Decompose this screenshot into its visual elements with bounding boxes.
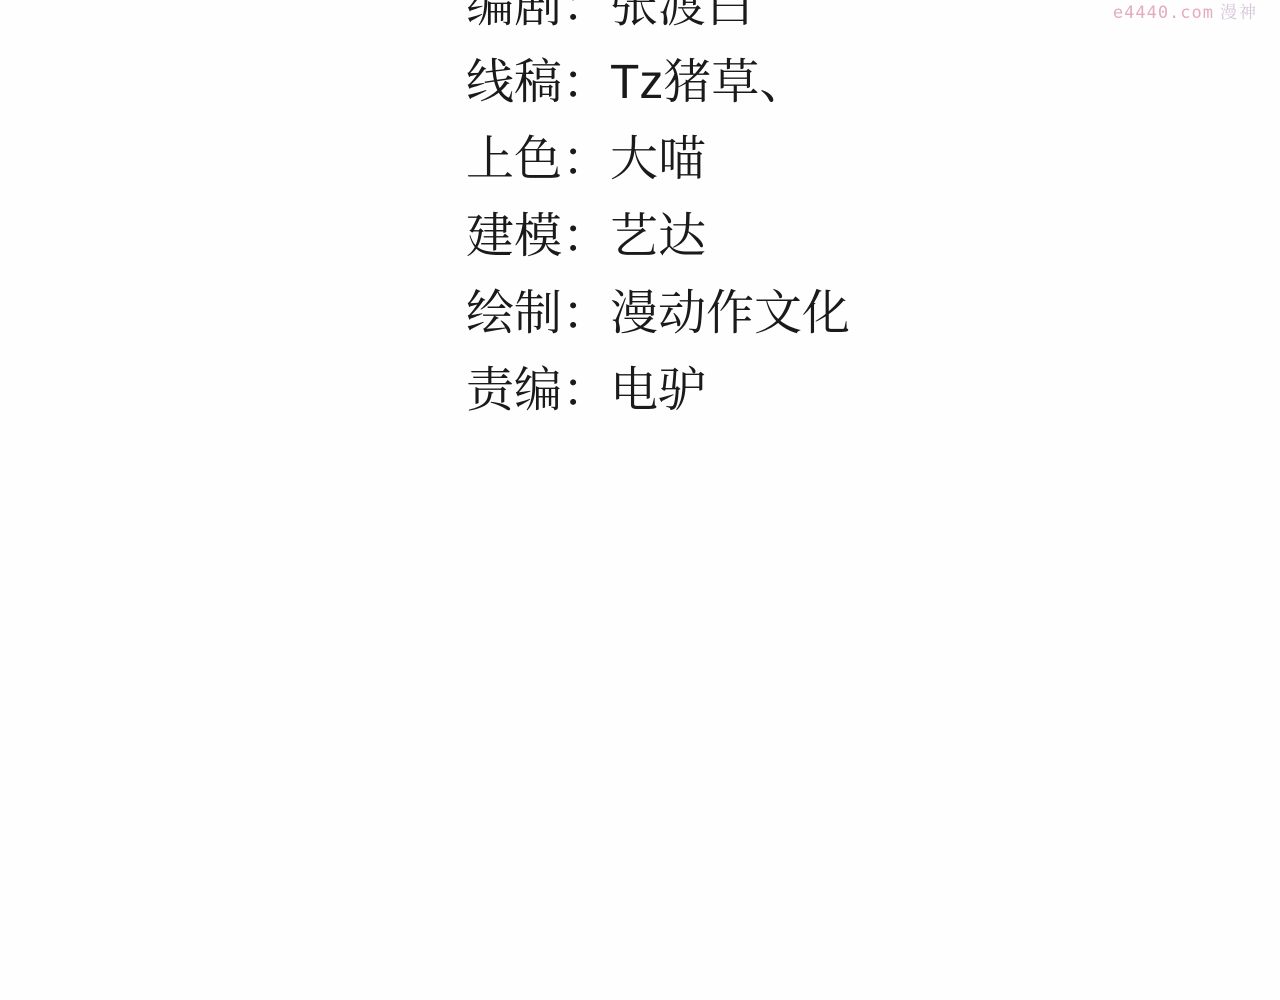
credit-row-editor: 责编：电驴 (466, 347, 850, 424)
credits-list: 编剧：张渡白 线稿：Tz猪草、 上色：大喵 建模：艺达 绘制：漫动作文化 责编：… (466, 0, 850, 424)
credit-role-label: 责编 (466, 351, 562, 420)
credit-row-lineart: 线稿：Tz猪草、 (466, 39, 850, 116)
site-watermark: e4440.com漫神 (1113, 2, 1258, 24)
credit-person-name: 张渡白 (610, 0, 754, 35)
credit-separator: ： (562, 274, 610, 343)
credit-role-label: 建模 (466, 197, 562, 266)
watermark-suffix-text: 漫神 (1220, 3, 1258, 22)
credit-role-label: 绘制 (466, 274, 562, 343)
credit-separator: ： (562, 197, 610, 266)
credit-person-name: 大喵 (610, 120, 706, 189)
credit-separator: ： (562, 43, 610, 112)
credit-row-modeling: 建模：艺达 (466, 193, 850, 270)
credit-person-name: Tz猪草、 (610, 43, 807, 112)
credit-person-name: 漫动作文化 (610, 274, 850, 343)
credit-role-label: 上色 (466, 120, 562, 189)
credit-separator: ： (562, 0, 610, 35)
credit-separator: ： (562, 120, 610, 189)
credit-row-drawing: 绘制：漫动作文化 (466, 270, 850, 347)
credit-person-name: 艺达 (610, 197, 706, 266)
watermark-site-text: e4440.com (1113, 3, 1214, 23)
comic-credits-page: e4440.com漫神 编剧：张渡白 线稿：Tz猪草、 上色：大喵 建模：艺达 … (0, 0, 1280, 1000)
credit-row-screenwriter: 编剧：张渡白 (466, 0, 850, 39)
credit-role-label: 编剧 (466, 0, 562, 35)
credit-row-coloring: 上色：大喵 (466, 116, 850, 193)
credit-separator: ： (562, 351, 610, 420)
credit-person-name: 电驴 (610, 351, 706, 420)
credit-role-label: 线稿 (466, 43, 562, 112)
